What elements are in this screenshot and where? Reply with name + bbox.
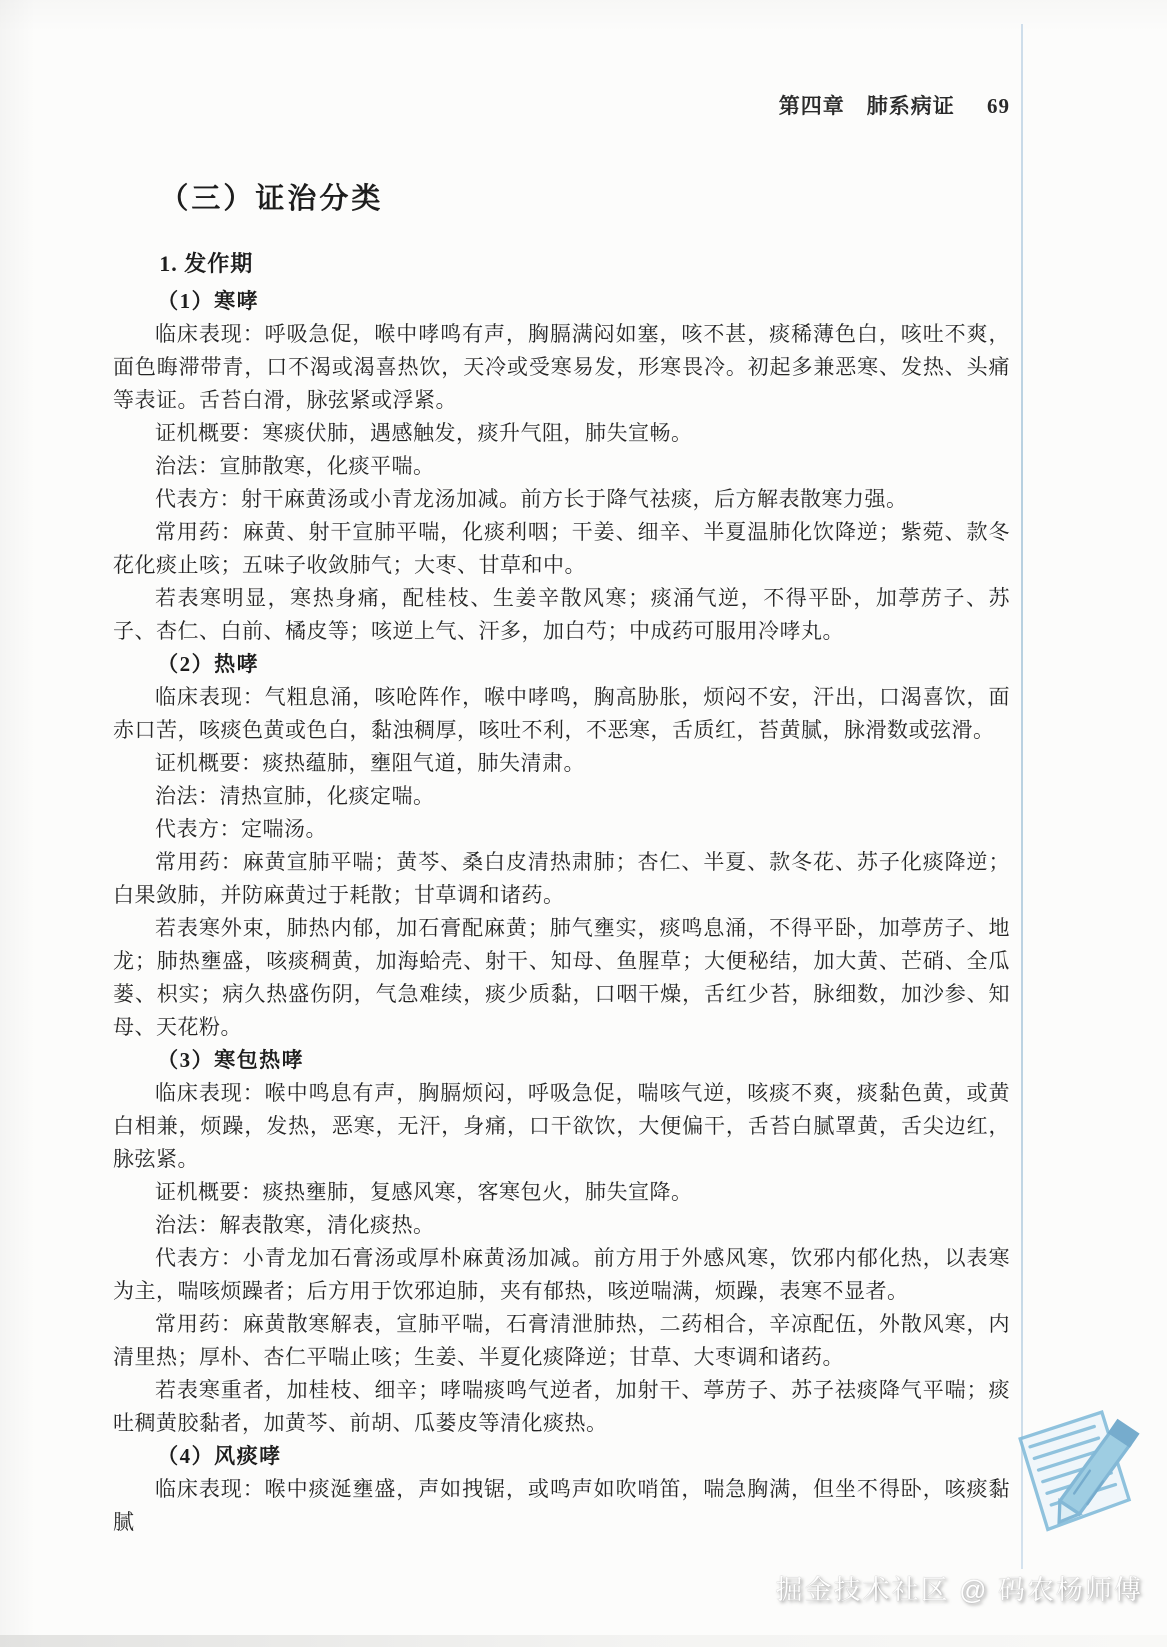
page-number: 69 xyxy=(987,94,1010,119)
page-content: 第四章 肺系病证 69 （三）证治分类 1. 发作期 （1）寒哮 临床表现：呼吸… xyxy=(113,0,1010,1539)
paragraph-modifications: 若表寒外束，肺热内郁，加石膏配麻黄；肺气壅实，痰鸣息涌，不得平卧，加葶苈子、地龙… xyxy=(113,912,1010,1044)
paragraph-clinical: 临床表现：喉中痰涎壅盛，声如拽锯，或鸣声如吹哨笛，喘急胸满，但坐不得卧，咳痰黏腻 xyxy=(113,1473,1010,1539)
subheading-heat-asthma: （2）热哮 xyxy=(113,648,1010,681)
chapter-title: 第四章 肺系病证 xyxy=(779,94,955,118)
paragraph-treatment: 治法：清热宣肺，化痰定喘。 xyxy=(113,780,1010,813)
subheading-wind-phlegm: （4）风痰哮 xyxy=(113,1440,1010,1473)
subheading-cold-asthma: （1）寒哮 xyxy=(113,285,1010,318)
paragraph-clinical: 临床表现：呼吸急促，喉中哮鸣有声，胸膈满闷如塞，咳不甚，痰稀薄色白，咳吐不爽，面… xyxy=(113,318,1010,417)
scanned-book-page: 第四章 肺系病证 69 （三）证治分类 1. 发作期 （1）寒哮 临床表现：呼吸… xyxy=(0,0,1167,1647)
body-text: （1）寒哮 临床表现：呼吸急促，喉中哮鸣有声，胸膈满闷如塞，咳不甚，痰稀薄色白，… xyxy=(113,285,1010,1539)
page-binding-line xyxy=(1021,24,1023,1569)
subheading-cold-wrap-heat: （3）寒包热哮 xyxy=(113,1044,1010,1077)
page-bottom-edge xyxy=(0,1635,1167,1647)
paragraph-herbs: 常用药：麻黄宣肺平喘；黄芩、桑白皮清热肃肺；杏仁、半夏、款冬花、苏子化痰降逆；白… xyxy=(113,846,1010,912)
paragraph-formula: 代表方：射干麻黄汤或小青龙汤加减。前方长于降气祛痰，后方解表散寒力强。 xyxy=(113,483,1010,516)
paragraph-herbs: 常用药：麻黄、射干宣肺平喘，化痰利咽；干姜、细辛、半夏温肺化饮降逆；紫菀、款冬花… xyxy=(113,516,1010,582)
paragraph-pathogenesis: 证机概要：寒痰伏肺，遇感触发，痰升气阻，肺失宣畅。 xyxy=(113,417,1010,450)
paragraph-treatment: 治法：解表散寒，清化痰热。 xyxy=(113,1209,1010,1242)
running-header: 第四章 肺系病证 69 xyxy=(113,90,1010,120)
paragraph-modifications: 若表寒重者，加桂枝、细辛；哮喘痰鸣气逆者，加射干、葶苈子、苏子祛痰降气平喘；痰吐… xyxy=(113,1374,1010,1440)
notepad-pencil-stamp-icon xyxy=(995,1381,1160,1546)
paragraph-clinical: 临床表现：气粗息涌，咳呛阵作，喉中哮鸣，胸高胁胀，烦闷不安，汗出，口渴喜饮，面赤… xyxy=(113,681,1010,747)
paragraph-formula: 代表方：小青龙加石膏汤或厚朴麻黄汤加减。前方用于外感风寒，饮邪内郁化热，以表寒为… xyxy=(113,1242,1010,1308)
watermark-text: 掘金技术社区 @ 码农杨师傅 xyxy=(776,1568,1143,1607)
subsection-heading: 1. 发作期 xyxy=(113,247,1010,278)
section-title: （三）证治分类 xyxy=(113,176,1010,217)
paragraph-treatment: 治法：宣肺散寒，化痰平喘。 xyxy=(113,450,1010,483)
paragraph-herbs: 常用药：麻黄散寒解表，宣肺平喘，石膏清泄肺热，二药相合，辛凉配伍，外散风寒，内清… xyxy=(113,1308,1010,1374)
paragraph-pathogenesis: 证机概要：痰热壅肺，复感风寒，客寒包火，肺失宣降。 xyxy=(113,1176,1010,1209)
paragraph-clinical: 临床表现：喉中鸣息有声，胸膈烦闷，呼吸急促，喘咳气逆，咳痰不爽，痰黏色黄，或黄白… xyxy=(113,1077,1010,1176)
paragraph-formula: 代表方：定喘汤。 xyxy=(113,813,1010,846)
paragraph-modifications: 若表寒明显，寒热身痛，配桂枝、生姜辛散风寒；痰涌气逆，不得平卧，加葶苈子、苏子、… xyxy=(113,582,1010,648)
paragraph-pathogenesis: 证机概要：痰热蕴肺，壅阻气道，肺失清肃。 xyxy=(113,747,1010,780)
